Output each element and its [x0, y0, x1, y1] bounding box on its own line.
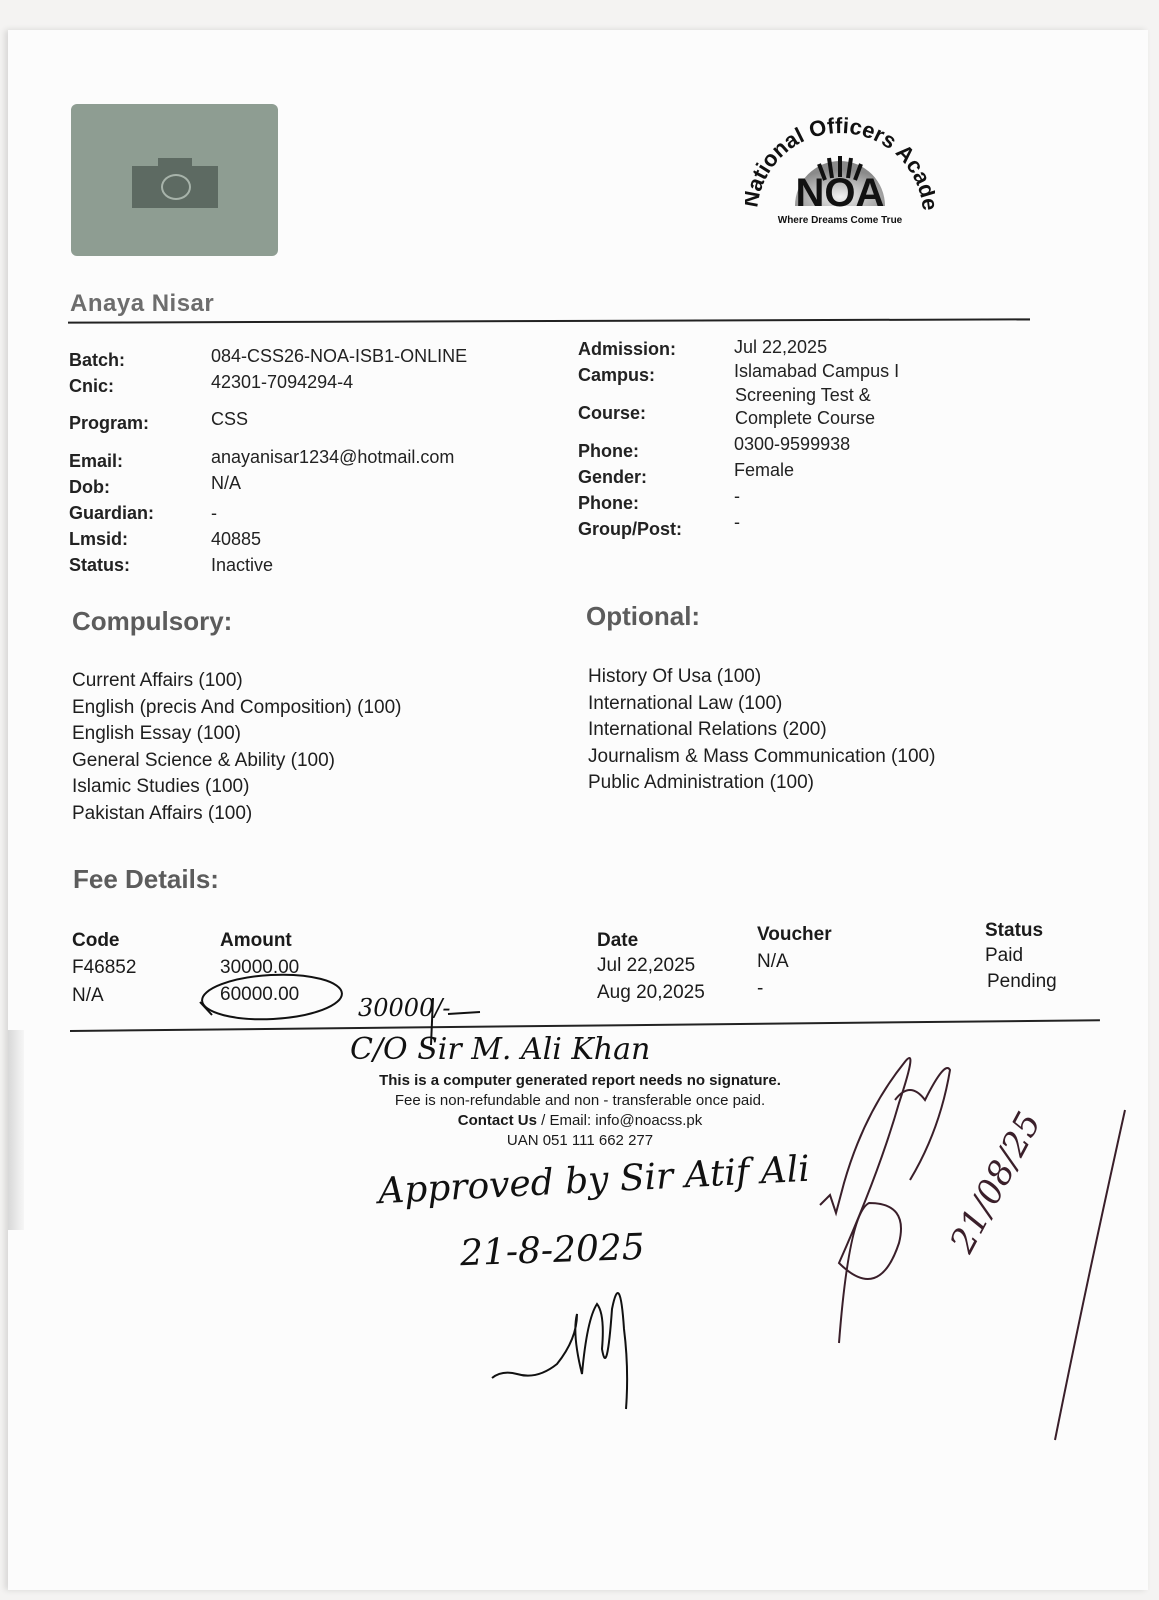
detail-label: Campus:	[578, 364, 655, 386]
detail-value: anayanisar1234@hotmail.com	[211, 446, 454, 468]
detail-value: Complete Course	[735, 407, 875, 429]
detail-label: Status:	[69, 554, 130, 576]
academy-logo: National Officers Academy NOA Where Drea…	[745, 88, 935, 238]
logo-tagline: Where Dreams Come True	[778, 215, 903, 226]
fee-header-date: Date	[597, 930, 638, 952]
fee-amount: 30000.00	[220, 957, 299, 979]
detail-value: 084-CSS26-NOA-ISB1-ONLINE	[211, 345, 467, 367]
compulsory-subject-list: Current Affairs (100)English (precis And…	[72, 668, 402, 827]
subject-item: Pakistan Affairs (100)	[72, 801, 402, 828]
optional-subject-list: History Of Usa (100)International Law (1…	[588, 664, 935, 797]
detail-label: Dob:	[69, 476, 110, 498]
subject-item: English (precis And Composition) (100)	[72, 695, 402, 722]
detail-value: Islamabad Campus I	[734, 360, 899, 382]
detail-value: Screening Test &	[735, 384, 871, 406]
optional-title: Optional:	[586, 601, 700, 632]
student-name: Anaya Nisar	[70, 290, 214, 318]
footer-uan: UAN 051 111 662 277	[340, 1131, 820, 1151]
footer-email: / Email: info@noacss.pk	[537, 1112, 702, 1129]
detail-label: Admission:	[578, 338, 676, 360]
fee-header-amount: Amount	[220, 930, 292, 952]
detail-value: 0300-9599938	[734, 433, 850, 455]
subject-item: Islamic Studies (100)	[72, 774, 402, 801]
detail-value: Female	[734, 459, 794, 481]
subject-item: English Essay (100)	[72, 721, 402, 748]
detail-value: 40885	[211, 528, 261, 550]
detail-value: Inactive	[211, 554, 273, 576]
subject-item: Journalism & Mass Communication (100)	[588, 744, 935, 771]
fee-date: Jul 22,2025	[597, 955, 695, 977]
detail-value: -	[734, 485, 740, 507]
fee-header-status: Status	[985, 920, 1043, 942]
detail-label: Gender:	[578, 466, 647, 488]
student-photo-placeholder	[71, 104, 278, 256]
detail-label: Course:	[578, 402, 646, 424]
fee-date: Aug 20,2025	[597, 982, 705, 1004]
detail-label: Group/Post:	[578, 518, 682, 540]
fee-header-voucher: Voucher	[757, 924, 832, 946]
fee-code: N/A	[72, 985, 104, 1007]
detail-value: Jul 22,2025	[734, 336, 827, 358]
fee-header-code: Code	[72, 930, 120, 952]
fee-amount: 60000.00	[220, 984, 299, 1006]
detail-value: -	[734, 511, 740, 533]
fee-voucher: N/A	[757, 951, 789, 973]
detail-value: N/A	[211, 472, 241, 494]
compulsory-title: Compulsory:	[72, 606, 232, 637]
footer-no-signature: This is a computer generated report need…	[340, 1071, 820, 1091]
handwritten-care-of: C/O Sir M. Ali Khan	[350, 1032, 650, 1067]
fee-voucher: -	[757, 978, 763, 1000]
report-footer: This is a computer generated report need…	[340, 1071, 820, 1151]
detail-label: Guardian:	[69, 502, 154, 524]
subject-item: Public Administration (100)	[588, 770, 935, 797]
detail-label: Program:	[69, 412, 149, 434]
subject-item: General Science & Ability (100)	[72, 748, 402, 775]
handwritten-amount-note: 30000/-	[358, 994, 451, 1022]
detail-value: 42301-7094294-4	[211, 371, 353, 393]
detail-label: Email:	[69, 450, 123, 472]
detail-label: Phone:	[578, 492, 639, 514]
subject-item: International Relations (200)	[588, 717, 935, 744]
paper-fold-shadow	[8, 1030, 24, 1230]
detail-label: Lmsid:	[69, 528, 128, 550]
detail-label: Phone:	[578, 440, 639, 462]
detail-label: Cnic:	[69, 375, 114, 397]
fee-details-title: Fee Details:	[73, 864, 219, 895]
camera-icon	[132, 166, 218, 208]
footer-fee-policy: Fee is non-refundable and non - transfer…	[340, 1091, 820, 1111]
footer-contact-label: Contact Us	[458, 1112, 537, 1129]
subject-item: History Of Usa (100)	[588, 664, 935, 691]
handwritten-approval-date: 21-8-2025	[459, 1227, 645, 1274]
fee-code: F46852	[72, 957, 136, 979]
detail-value: CSS	[211, 408, 248, 430]
detail-value: -	[211, 502, 217, 524]
fee-status: Paid	[985, 945, 1023, 967]
subject-item: International Law (100)	[588, 691, 935, 718]
logo-mark: NOA	[796, 171, 885, 215]
fee-status: Pending	[987, 971, 1057, 993]
detail-label: Batch:	[69, 349, 125, 371]
subject-item: Current Affairs (100)	[72, 668, 402, 695]
